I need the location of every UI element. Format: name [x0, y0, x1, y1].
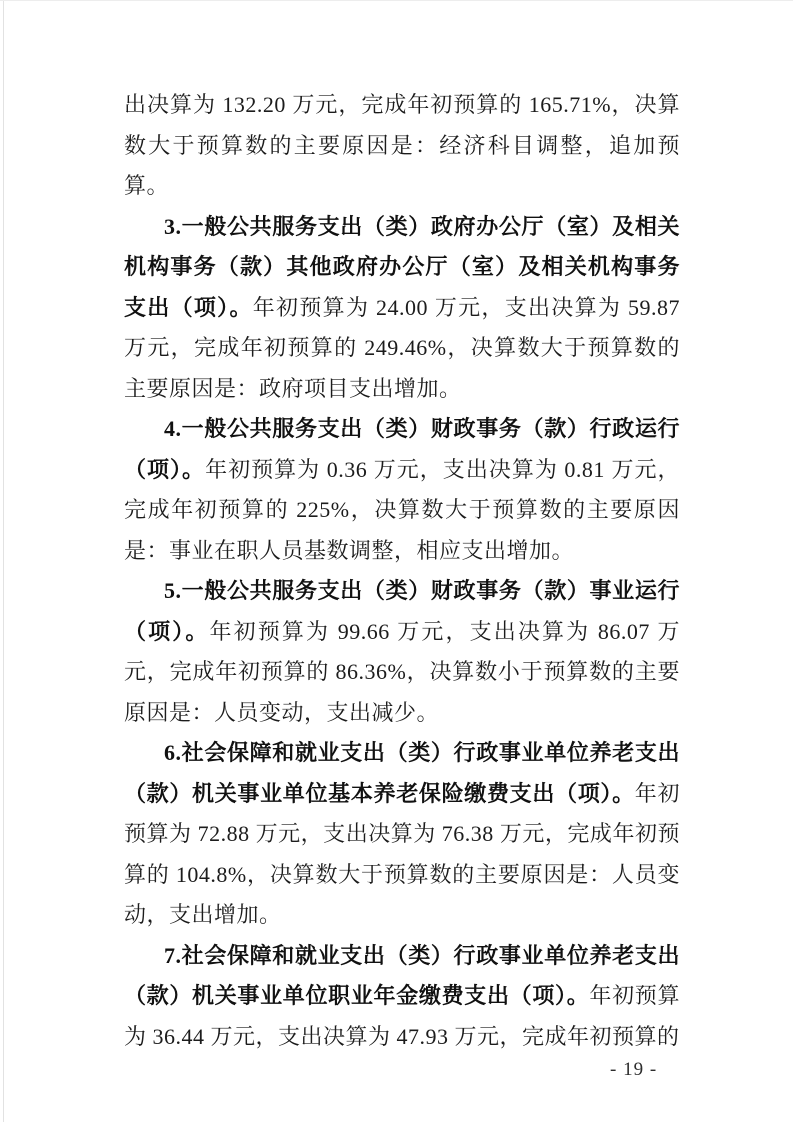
paragraph-text: 出决算为 132.20 万元，完成年初预算的 165.71%，决算数大于预算数的… — [124, 92, 680, 198]
item-heading: 6.社会保障和就业支出（类）行政事业单位养老支出（款）机关事业单位基本养老保险缴… — [124, 740, 680, 806]
budget-item-paragraph-3: 3.一般公共服务支出（类）政府办公厅（室）及相关机构事务（款）其他政府办公厅（室… — [124, 207, 680, 410]
paragraph-continuation: 出决算为 132.20 万元，完成年初预算的 165.71%，决算数大于预算数的… — [124, 85, 680, 207]
budget-item-paragraph-6: 6.社会保障和就业支出（类）行政事业单位养老支出（款）机关事业单位基本养老保险缴… — [124, 733, 680, 936]
page-number: - 19 - — [610, 1059, 657, 1081]
budget-item-paragraph-5: 5.一般公共服务支出（类）财政事务（款）事业运行（项）。年初预算为 99.66 … — [124, 571, 680, 733]
scan-edge-top — [0, 0, 793, 1]
document-text-block: 出决算为 132.20 万元，完成年初预算的 165.71%，决算数大于预算数的… — [124, 85, 680, 1057]
paragraph-text: 年初预算为 0.36 万元，支出决算为 0.81 万元，完成年初预算的 225%… — [124, 457, 680, 563]
budget-item-paragraph-7: 7.社会保障和就业支出（类）行政事业单位养老支出（款）机关事业单位职业年金缴费支… — [124, 936, 680, 1058]
scan-edge-left — [3, 0, 4, 1122]
budget-item-paragraph-4: 4.一般公共服务支出（类）财政事务（款）行政运行（项）。年初预算为 0.36 万… — [124, 409, 680, 571]
